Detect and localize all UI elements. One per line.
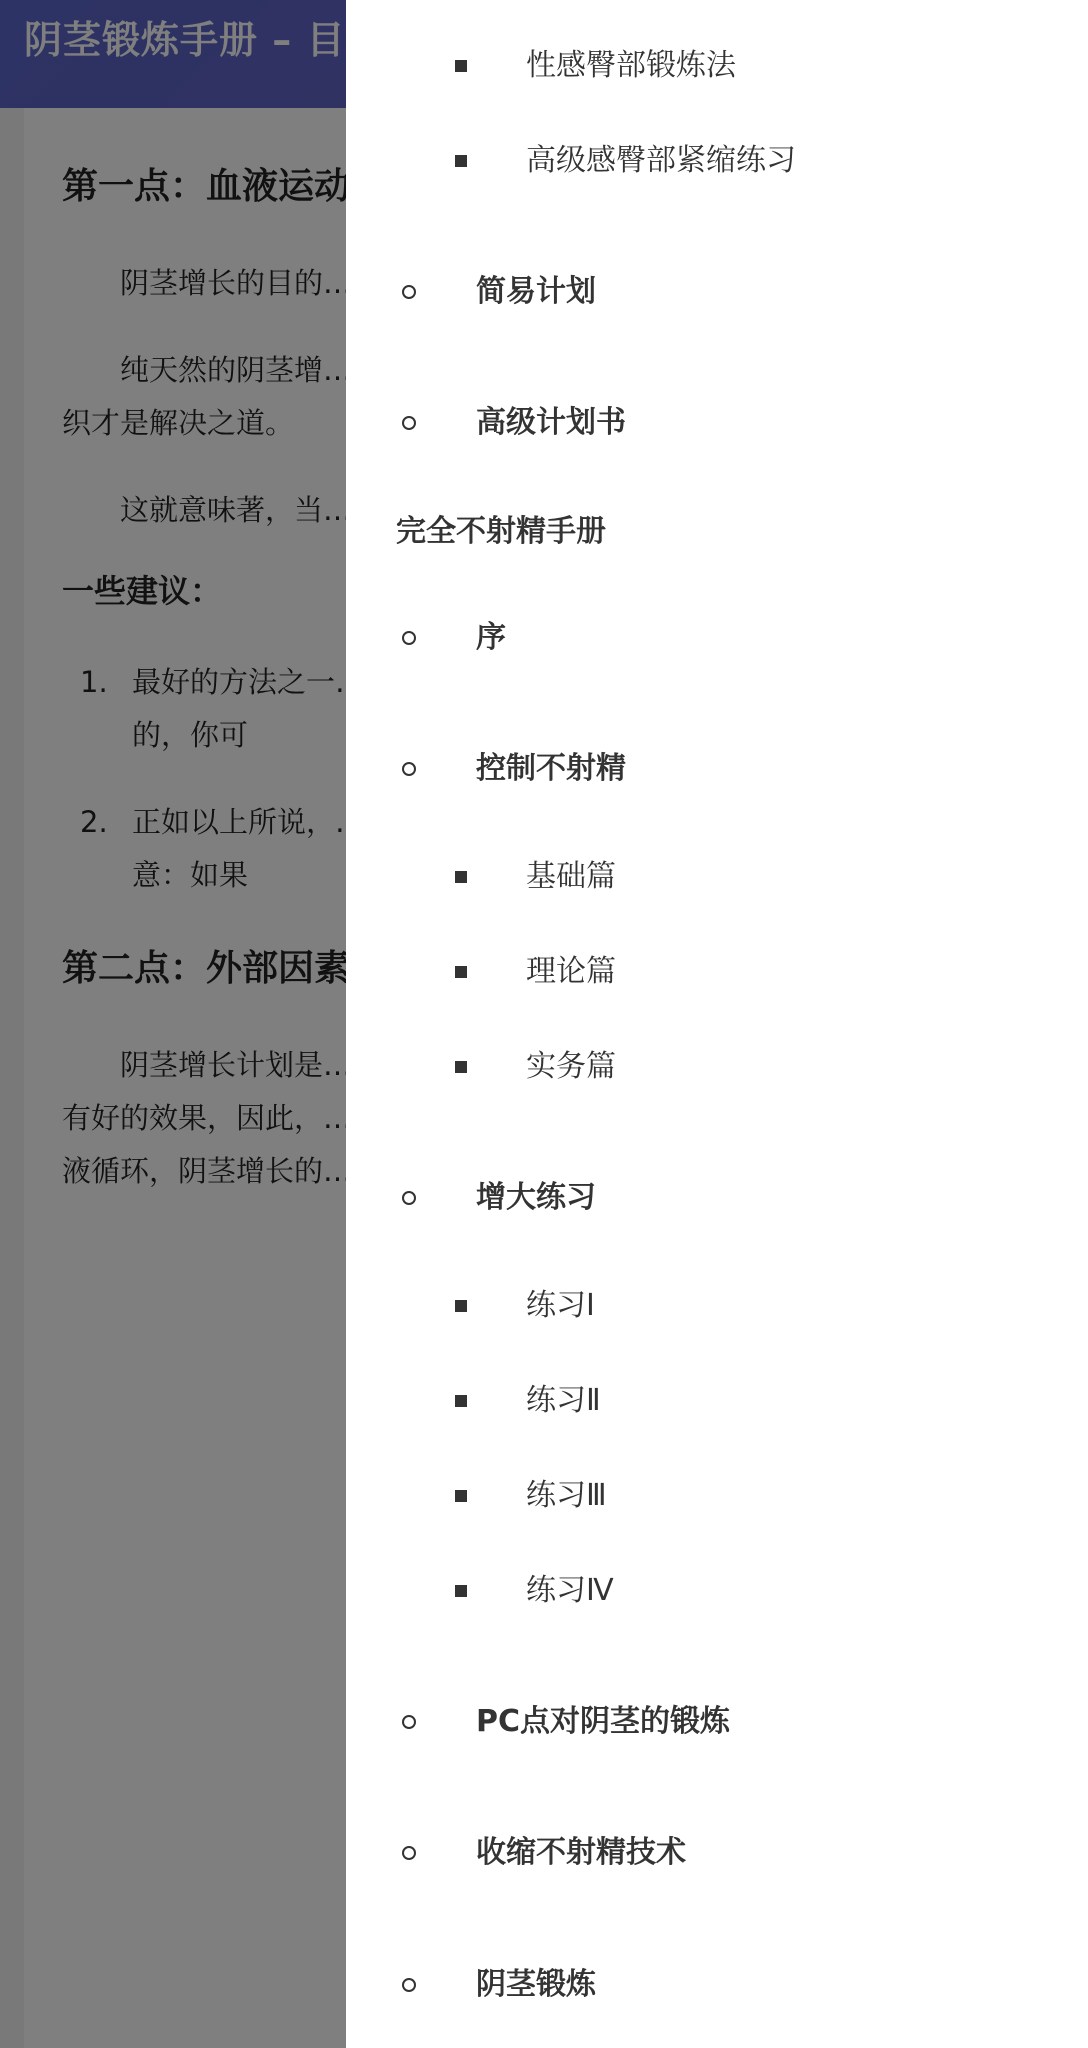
- toc-item-label: 阴茎锻炼: [476, 1965, 596, 2005]
- toc-item-label: 收缩不射精技术: [476, 1833, 686, 1873]
- toc-item-label: 性感臀部锻炼法: [526, 46, 736, 86]
- toc-item-h3[interactable]: PC点对阴茎的锻炼: [346, 1702, 1088, 1742]
- toc-item-label: 基础篇: [526, 857, 616, 897]
- toc-item-h3[interactable]: 阴茎锻炼: [346, 1965, 1088, 2005]
- square-bullet-icon: [455, 60, 467, 72]
- toc-item-h4[interactable]: 高级感臀部紧缩练习: [346, 141, 1088, 181]
- hollow-circle-bullet-icon: [402, 1846, 416, 1860]
- square-bullet-icon: [455, 966, 467, 978]
- hollow-circle-bullet-icon: [402, 762, 416, 776]
- toc-item-label: 练习Ⅰ: [526, 1286, 595, 1326]
- hollow-circle-bullet-icon: [402, 631, 416, 645]
- toc-item-h4[interactable]: 实务篇: [346, 1047, 1088, 1087]
- square-bullet-icon: [455, 1490, 467, 1502]
- square-bullet-icon: [455, 155, 467, 167]
- toc-item-label: 控制不射精: [476, 749, 626, 789]
- toc-drawer: 性感臀部锻炼法高级感臀部紧缩练习简易计划高级计划书完全不射精手册序控制不射精基础…: [346, 0, 1088, 2048]
- toc-item-h4[interactable]: 练习Ⅲ: [346, 1476, 1088, 1516]
- hollow-circle-bullet-icon: [402, 416, 416, 430]
- toc-item-h3[interactable]: 增大练习: [346, 1178, 1088, 1218]
- toc-item-label: PC点对阴茎的锻炼: [476, 1702, 730, 1742]
- toc-item-label: 完全不射精手册: [396, 512, 606, 552]
- toc-item-h4[interactable]: 性感臀部锻炼法: [346, 46, 1088, 86]
- toc-item-h4[interactable]: 基础篇: [346, 857, 1088, 897]
- toc-item-h3[interactable]: 收缩不射精技术: [346, 1833, 1088, 1873]
- toc-item-label: 高级感臀部紧缩练习: [526, 141, 796, 181]
- hollow-circle-bullet-icon: [402, 1978, 416, 1992]
- toc-item-label: 高级计划书: [476, 403, 626, 443]
- square-bullet-icon: [455, 1585, 467, 1597]
- toc-item-h4[interactable]: 练习Ⅳ: [346, 1571, 1088, 1611]
- toc-item-label: 练习Ⅱ: [526, 1381, 601, 1421]
- toc-item-h2[interactable]: 完全不射精手册: [346, 512, 1088, 552]
- toc-item-label: 练习Ⅲ: [526, 1476, 607, 1516]
- toc-item-label: 增大练习: [476, 1178, 596, 1218]
- toc-item-h3[interactable]: 控制不射精: [346, 749, 1088, 789]
- toc-item-label: 练习Ⅳ: [526, 1571, 614, 1611]
- hollow-circle-bullet-icon: [402, 1715, 416, 1729]
- toc-item-label: 简易计划: [476, 272, 596, 312]
- toc-item-h3[interactable]: 高级计划书: [346, 403, 1088, 443]
- hollow-circle-bullet-icon: [402, 1191, 416, 1205]
- hollow-circle-bullet-icon: [402, 285, 416, 299]
- toc-item-h3[interactable]: 简易计划: [346, 272, 1088, 312]
- toc-item-h3[interactable]: 序: [346, 618, 1088, 658]
- toc-item-h4[interactable]: 练习Ⅱ: [346, 1381, 1088, 1421]
- app-root: 阴茎锻炼手册 – 目录 第一点：血液运动 阴茎增长的目的……没有任何用处。仅仅……: [0, 0, 1088, 2048]
- toc-item-label: 实务篇: [526, 1047, 616, 1087]
- square-bullet-icon: [455, 1395, 467, 1407]
- toc-item-label: 序: [476, 618, 506, 658]
- toc-item-h4[interactable]: 练习Ⅰ: [346, 1286, 1088, 1326]
- square-bullet-icon: [455, 871, 467, 883]
- toc-item-label: 理论篇: [526, 952, 616, 992]
- toc-item-h4[interactable]: 理论篇: [346, 952, 1088, 992]
- square-bullet-icon: [455, 1300, 467, 1312]
- square-bullet-icon: [455, 1061, 467, 1073]
